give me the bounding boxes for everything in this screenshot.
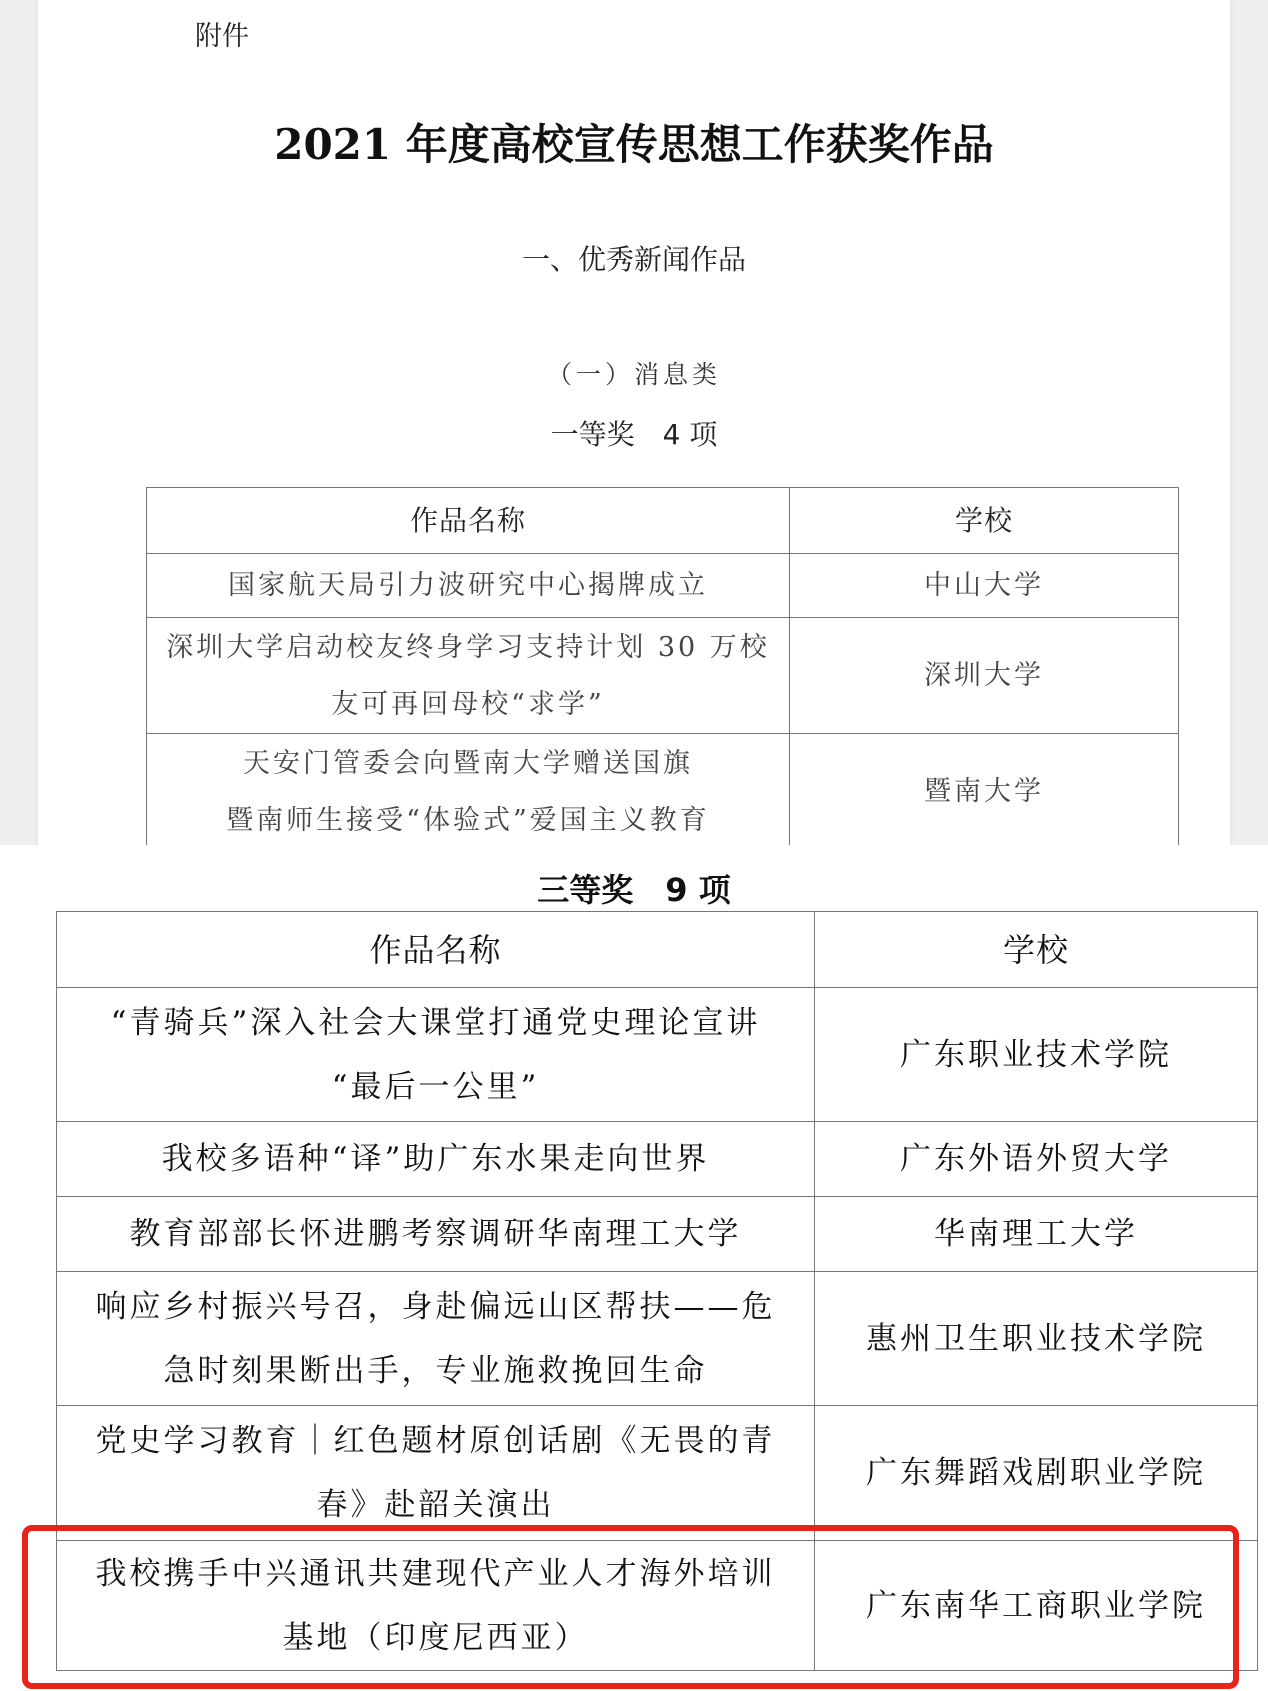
work-name-cell: 响应乡村振兴号召，身赴偏远山区帮扶——危 急时刻果断出手，专业施救挽回生命 xyxy=(57,1272,815,1406)
section-title: 一、优秀新闻作品 xyxy=(38,238,1230,278)
table-row: 响应乡村振兴号召，身赴偏远山区帮扶——危 急时刻果断出手，专业施救挽回生命 惠州… xyxy=(57,1272,1258,1406)
work-name-line: 基地（印度尼西亚） xyxy=(67,1606,804,1670)
school-cell: 广东南华工商职业学院 xyxy=(815,1541,1258,1671)
third-prize-title: 三等奖 9 项 xyxy=(0,865,1268,911)
first-prize-table: 作品名称 学校 国家航天局引力波研究中心揭牌成立 中山大学 深圳大学启动校友终身… xyxy=(146,487,1179,845)
table-row: 我校多语种“译”助广东水果走向世界 广东外语外贸大学 xyxy=(57,1122,1258,1197)
work-name-cell: 我校多语种“译”助广东水果走向世界 xyxy=(57,1122,815,1197)
table-header-row: 作品名称 学校 xyxy=(57,912,1258,988)
school-cell: 广东舞蹈戏剧职业学院 xyxy=(815,1406,1258,1541)
work-name-cell: 我校携手中兴通讯共建现代产业人才海外培训 基地（印度尼西亚） xyxy=(57,1541,815,1671)
table-row-highlighted: 我校携手中兴通讯共建现代产业人才海外培训 基地（印度尼西亚） 广东南华工商职业学… xyxy=(57,1541,1258,1671)
work-name-cell: 深圳大学启动校友终身学习支持计划 30 万校 友可再回母校“求学” xyxy=(147,618,790,734)
document-page-top: 附件 2021 年度高校宣传思想工作获奖作品 一、优秀新闻作品 （一）消息类 一… xyxy=(38,0,1230,845)
work-name-line: 响应乡村振兴号召，身赴偏远山区帮扶——危 xyxy=(67,1275,804,1339)
header-work-name: 作品名称 xyxy=(57,912,815,988)
table-row: 教育部部长怀进鹏考察调研华南理工大学 华南理工大学 xyxy=(57,1197,1258,1272)
work-name-line: 国家航天局引力波研究中心揭牌成立 xyxy=(157,557,779,614)
school-cell: 暨南大学 xyxy=(790,734,1179,846)
school-cell: 深圳大学 xyxy=(790,618,1179,734)
work-name-line: 急时刻果断出手，专业施救挽回生命 xyxy=(67,1339,804,1403)
work-name-line: 友可再回母校“求学” xyxy=(157,676,779,733)
work-name-line: 暨南师生接受“体验式”爱国主义教育 xyxy=(157,792,779,846)
school-cell: 广东外语外贸大学 xyxy=(815,1122,1258,1197)
work-name-cell: “青骑兵”深入社会大课堂打通党史理论宣讲 “最后一公里” xyxy=(57,988,815,1122)
table-row: 国家航天局引力波研究中心揭牌成立 中山大学 xyxy=(147,554,1179,618)
work-name-line: “最后一公里” xyxy=(67,1055,804,1119)
work-name-line: 教育部部长怀进鹏考察调研华南理工大学 xyxy=(67,1202,804,1266)
work-name-cell: 国家航天局引力波研究中心揭牌成立 xyxy=(147,554,790,618)
table-row: “青骑兵”深入社会大课堂打通党史理论宣讲 “最后一公里” 广东职业技术学院 xyxy=(57,988,1258,1122)
work-name-line: 天安门管委会向暨南大学赠送国旗 xyxy=(157,735,779,792)
school-cell: 华南理工大学 xyxy=(815,1197,1258,1272)
school-cell: 广东职业技术学院 xyxy=(815,988,1258,1122)
work-name-cell: 党史学习教育｜红色题材原创话剧《无畏的青 春》赴韶关演出 xyxy=(57,1406,815,1541)
work-name-cell: 教育部部长怀进鹏考察调研华南理工大学 xyxy=(57,1197,815,1272)
header-school: 学校 xyxy=(790,488,1179,554)
work-name-line: 春》赴韶关演出 xyxy=(67,1473,804,1537)
document-title: 2021 年度高校宣传思想工作获奖作品 xyxy=(38,112,1230,172)
category-title: （一）消息类 xyxy=(38,355,1230,391)
school-cell: 中山大学 xyxy=(790,554,1179,618)
third-prize-table: 作品名称 学校 “青骑兵”深入社会大课堂打通党史理论宣讲 “最后一公里” 广东职… xyxy=(56,911,1258,1671)
header-work-name: 作品名称 xyxy=(147,488,790,554)
work-name-line: 我校多语种“译”助广东水果走向世界 xyxy=(67,1127,804,1191)
table-row: 深圳大学启动校友终身学习支持计划 30 万校 友可再回母校“求学” 深圳大学 xyxy=(147,618,1179,734)
work-name-line: 党史学习教育｜红色题材原创话剧《无畏的青 xyxy=(67,1409,804,1473)
first-prize-title: 一等奖 4 项 xyxy=(38,413,1230,453)
attachment-label: 附件 xyxy=(195,14,249,53)
top-screenshot: 附件 2021 年度高校宣传思想工作获奖作品 一、优秀新闻作品 （一）消息类 一… xyxy=(0,0,1268,845)
work-name-line: 深圳大学启动校友终身学习支持计划 30 万校 xyxy=(157,619,779,676)
header-school: 学校 xyxy=(815,912,1258,988)
table-row: 天安门管委会向暨南大学赠送国旗 暨南师生接受“体验式”爱国主义教育 暨南大学 xyxy=(147,734,1179,846)
table-header-row: 作品名称 学校 xyxy=(147,488,1179,554)
school-cell: 惠州卫生职业技术学院 xyxy=(815,1272,1258,1406)
table-row: 党史学习教育｜红色题材原创话剧《无畏的青 春》赴韶关演出 广东舞蹈戏剧职业学院 xyxy=(57,1406,1258,1541)
work-name-cell: 天安门管委会向暨南大学赠送国旗 暨南师生接受“体验式”爱国主义教育 xyxy=(147,734,790,846)
work-name-line: 我校携手中兴通讯共建现代产业人才海外培训 xyxy=(67,1542,804,1606)
work-name-line: “青骑兵”深入社会大课堂打通党史理论宣讲 xyxy=(67,991,804,1055)
bottom-screenshot: 三等奖 9 项 作品名称 学校 “青骑兵”深入社会大课堂打通党史理论宣讲 “最后… xyxy=(0,845,1268,1691)
